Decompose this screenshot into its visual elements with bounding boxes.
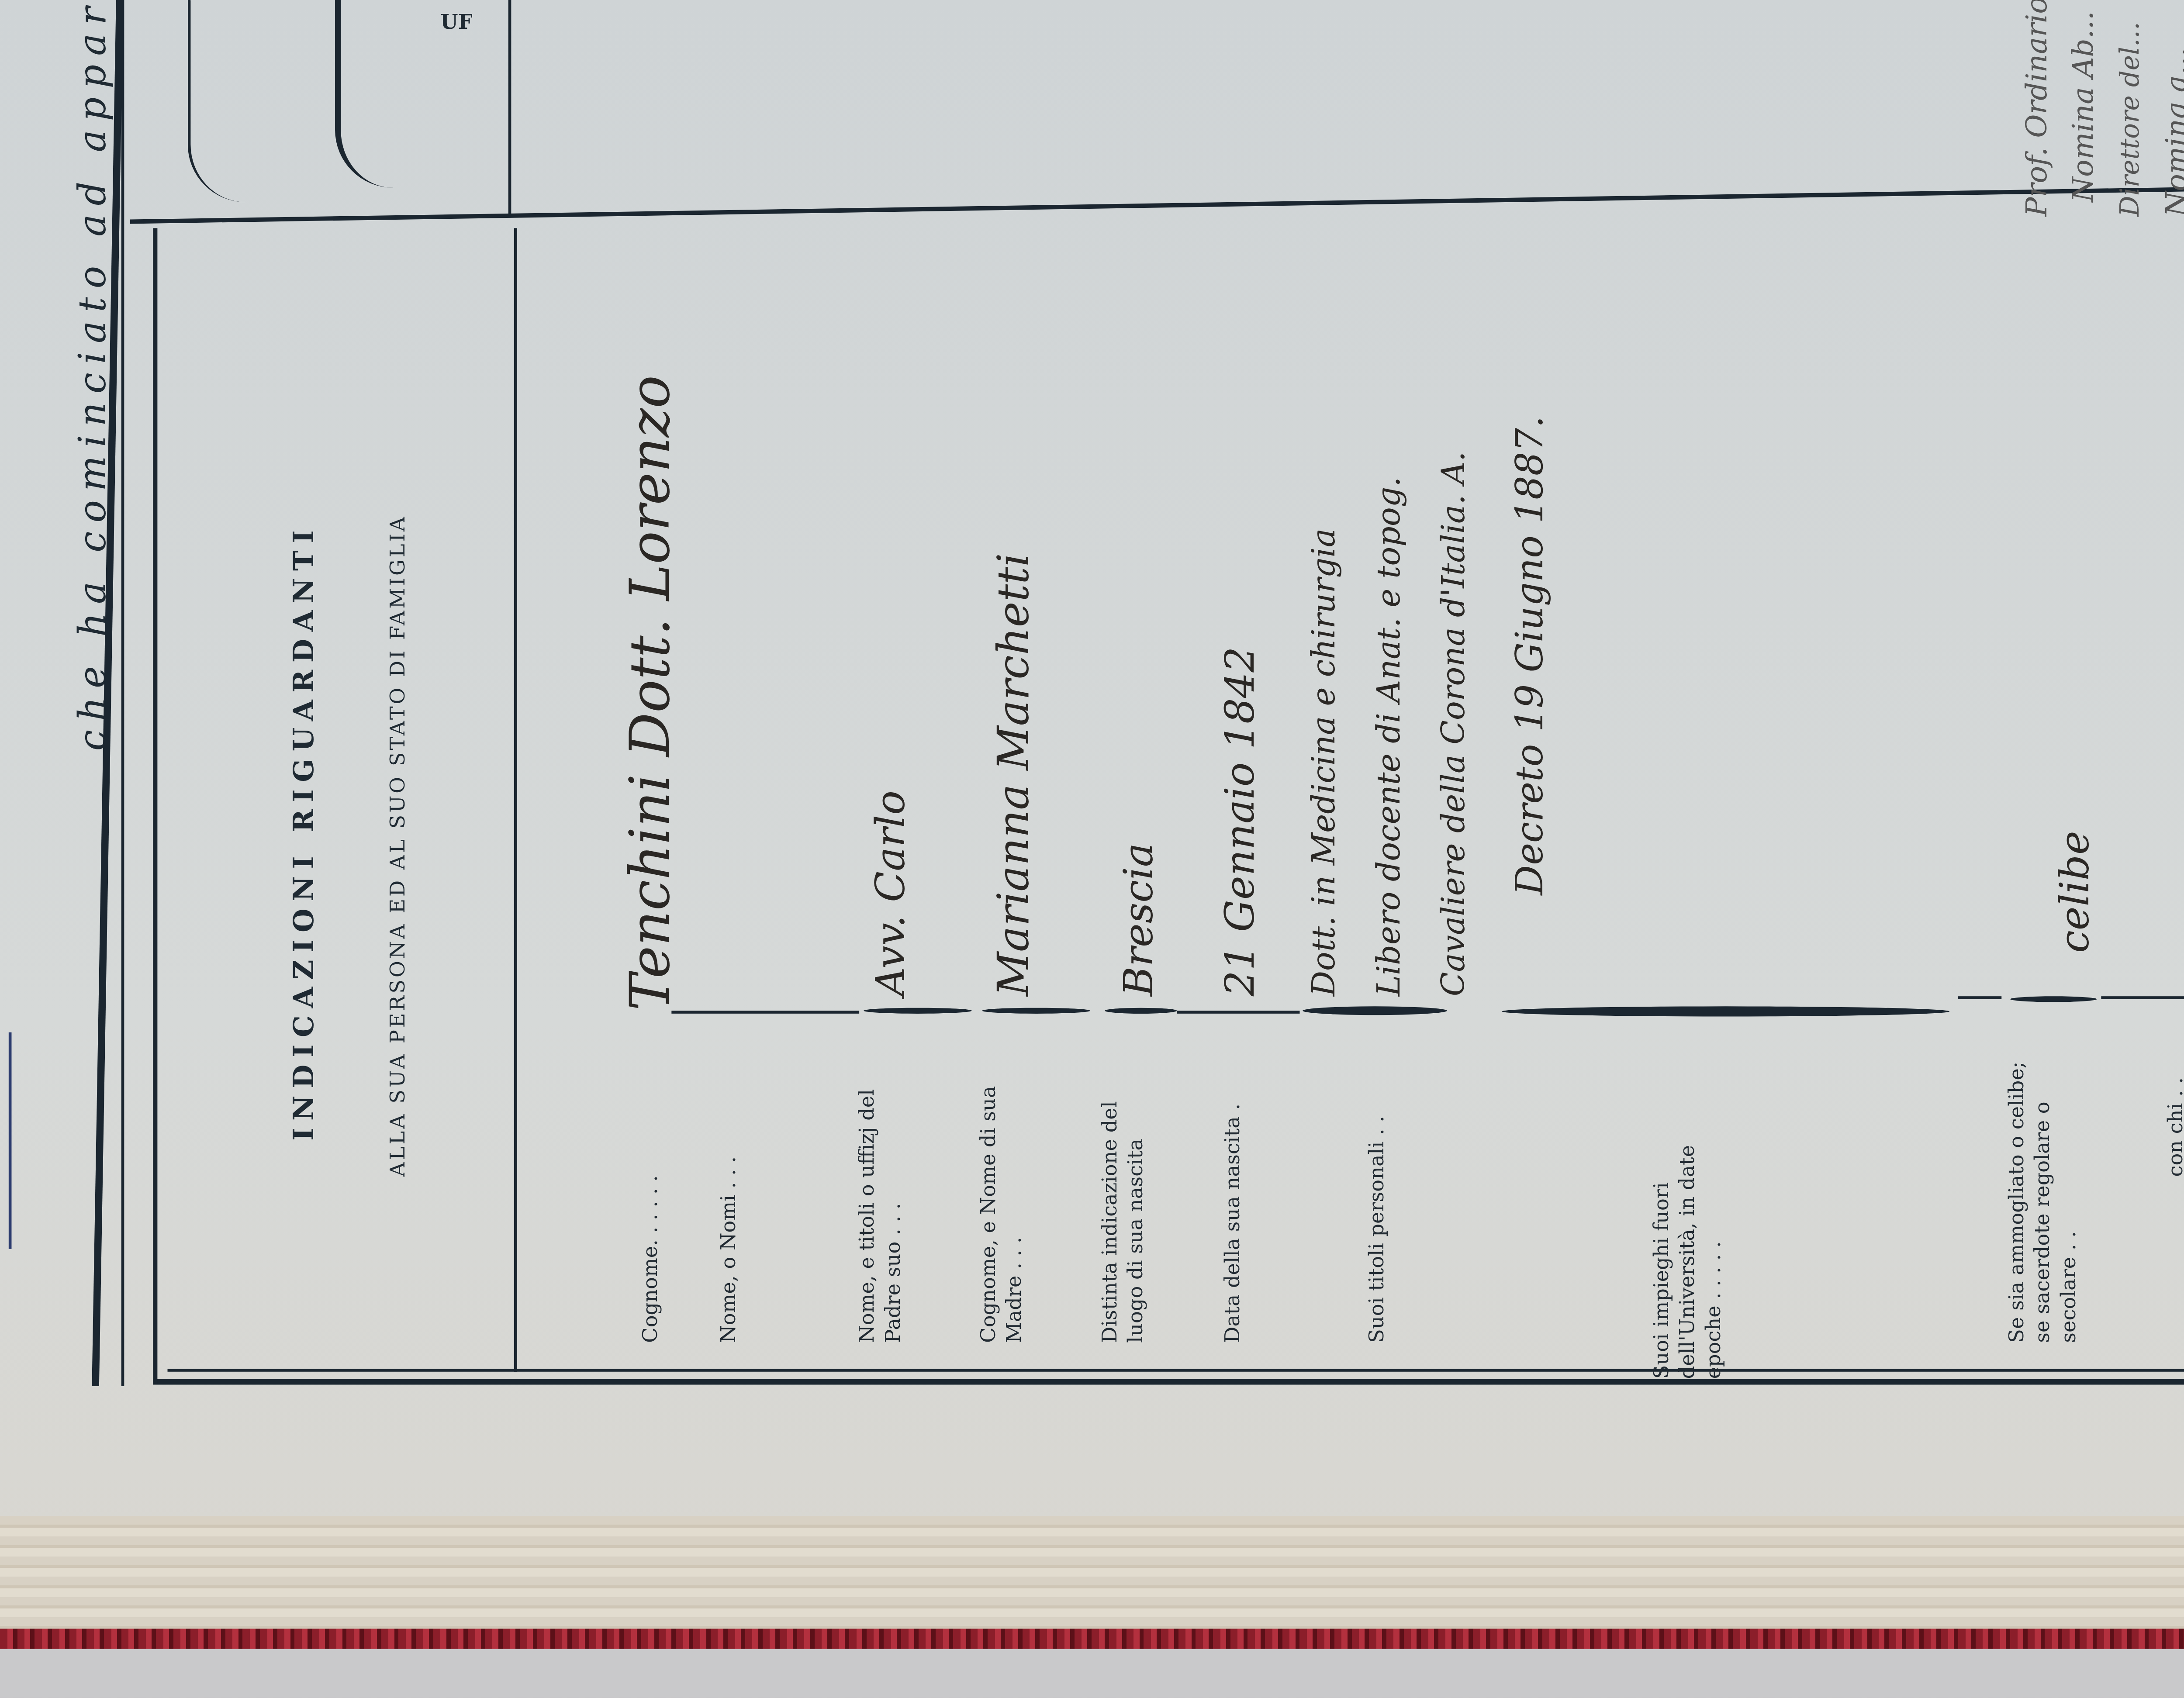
brace-madre <box>982 1008 1090 1014</box>
flourish-top-2 <box>335 0 398 188</box>
value-rule-2 <box>1177 1011 1299 1014</box>
table-surface <box>0 1649 2184 1698</box>
label-madre: Cognome, e Nome di sua Madre . . . <box>976 1054 1028 1343</box>
label-titoli: Suoi titoli personali . . <box>1365 1116 1391 1343</box>
value-data: 21 Gennaio 1842 <box>1216 646 1264 996</box>
section-title: INDICAZIONI RIGUARDANTI <box>289 523 321 1141</box>
col-divider-top <box>508 0 511 217</box>
page-stack-edge <box>0 1516 2184 1631</box>
value-padre: Avv. Carlo <box>867 790 914 996</box>
brace-padre <box>864 1008 972 1014</box>
frame-bottom <box>153 1379 2184 1384</box>
value-titoli-3: Cavaliere della Corona d'Italia. A. <box>1437 452 1473 997</box>
document-photo: che ha cominciato ad appartenere a UF IN… <box>0 0 2184 1698</box>
value-rule-4 <box>2101 996 2184 999</box>
frame-left-2 <box>153 228 157 1383</box>
margin-mark <box>9 1032 12 1249</box>
value-rule-3 <box>1958 996 2001 999</box>
label-stato: Se sia ammogliato o celibe; se sacerdote… <box>2004 1054 2083 1343</box>
note-3: Direttore del... <box>2115 22 2146 217</box>
value-titoli-1: Dott. in Medicina e chirurgia <box>1307 528 1343 996</box>
brace-luogo <box>1105 1008 1177 1014</box>
section-subtitle: ALLA SUA PERSONA ED AL SUO STATO DI FAMI… <box>387 515 410 1177</box>
label-cognome: Cognome. . . . . . <box>638 1175 664 1343</box>
note-1: Prof. Ordinario <box>2019 0 2053 217</box>
flourish-top-1 <box>188 0 249 202</box>
value-stato: celibe <box>2051 831 2098 953</box>
note-2: Nomina Ab... <box>2065 11 2100 202</box>
brace-impieghi <box>1502 1006 1949 1016</box>
label-data: Data della sua nascita . <box>1220 1104 1247 1343</box>
header-label-divider <box>514 228 517 1371</box>
header-fragment: UF <box>440 11 472 35</box>
value-titoli-2: Libero docente di Anat. e topog. <box>1372 477 1408 997</box>
label-nomi: Nome, o Nomi . . . <box>716 1156 743 1343</box>
label-impieghi: Suoi impieghi fuori dell'Università, in … <box>1649 1076 1728 1379</box>
header-separator <box>130 186 2184 224</box>
value-rule-1 <box>671 1011 859 1014</box>
value-madre: Marianna Marchetti <box>989 553 1040 996</box>
label-luogo: Distinta indicazione del luogo di sua na… <box>1098 1054 1150 1343</box>
value-cognome: Tenchini Dott. Lorenzo <box>618 375 681 1011</box>
note-4: Nomina a... <box>2159 48 2184 217</box>
frame-bottom-inner <box>168 1369 2184 1371</box>
brace-stato <box>2010 996 2097 1002</box>
value-titoli-4: Decreto 19 Giugno 1887. <box>1509 416 1552 895</box>
frame-left-inner <box>121 0 124 1386</box>
brace-titoli <box>1303 1006 1447 1015</box>
label-padre: Nome, e titoli o uffizj del Padre suo . … <box>855 1054 907 1343</box>
label-con-chi: con chi . . <box>2163 1077 2184 1177</box>
value-luogo: Brescia <box>1115 843 1162 996</box>
